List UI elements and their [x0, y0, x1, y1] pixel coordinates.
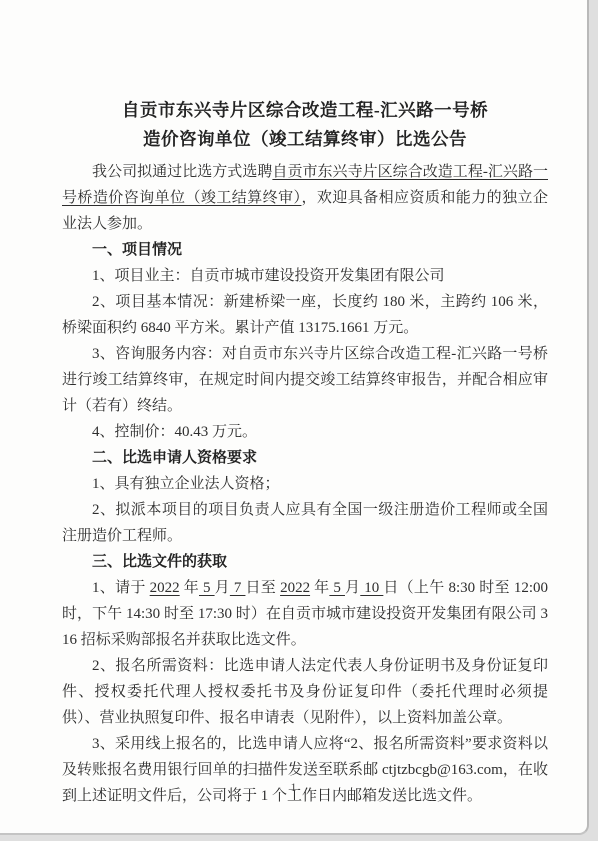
- document-body: 我公司拟通过比选方式选聘自贡市东兴寺片区综合改造工程-汇兴路一号桥造价咨询单位（…: [62, 159, 548, 809]
- text-run: 年: [310, 580, 329, 596]
- page-number: 1: [0, 780, 587, 795]
- paragraph: 1、项目业主：自贡市城市建设投资开发集团有限公司: [62, 263, 548, 289]
- text-run: 1、具有独立企业法人资格；: [92, 476, 280, 492]
- text-run: 我公司拟通过比选方式选聘: [92, 164, 272, 180]
- document-title-line-2: 造价咨询单位（竣工结算终审）比选公告: [62, 125, 548, 154]
- paragraph: 1、具有独立企业法人资格；: [62, 471, 548, 497]
- paragraph: 1、请于 2022 年 5 月 7 日至 2022 年 5 月 10 日（上午 …: [62, 575, 548, 653]
- scanned-document: 自贡市东兴寺片区综合改造工程-汇兴路一号桥 造价咨询单位（竣工结算终审）比选公告…: [0, 0, 598, 841]
- underlined-text: 7: [230, 580, 246, 596]
- text-run: 月: [345, 580, 360, 596]
- text-run: 日至: [245, 580, 280, 596]
- underlined-text: 2022: [280, 580, 310, 596]
- section-heading: 二、比选申请人资格要求: [62, 445, 548, 471]
- text-run: 1、项目业主：自贡市城市建设投资开发集团有限公司: [92, 268, 445, 284]
- section-heading: 三、比选文件的获取: [62, 549, 548, 575]
- text-run: 年: [180, 580, 199, 596]
- paragraph: 2、拟派本项目的项目负责人应具有全国一级注册造价工程师或全国注册造价工程师。: [62, 497, 548, 549]
- text-run: 2、拟派本项目的项目负责人应具有全国一级注册造价工程师或全国注册造价工程师。: [62, 502, 548, 544]
- text-run: 一、项目情况: [92, 242, 182, 258]
- text-run: 三、比选文件的获取: [92, 554, 227, 570]
- text-run: 4、控制价：40.43 万元。: [92, 424, 257, 440]
- text-run: 3、咨询服务内容：对自贡市东兴寺片区综合改造工程-汇兴路一号桥进行竣工结算终审，…: [62, 346, 548, 414]
- underlined-text: 2022: [150, 580, 180, 596]
- text-run: 二、比选申请人资格要求: [92, 450, 257, 466]
- paragraph: 4、控制价：40.43 万元。: [62, 419, 548, 445]
- section-heading: 一、项目情况: [62, 237, 548, 263]
- document-page: 自贡市东兴寺片区综合改造工程-汇兴路一号桥 造价咨询单位（竣工结算终审）比选公告…: [0, 0, 589, 835]
- paragraph: 2、报名所需资料：比选申请人法定代表人身份证明书及身份证复印件、授权委托代理人授…: [62, 653, 548, 731]
- text-run: 月: [215, 580, 230, 596]
- text-run: 2、项目基本情况：新建桥梁一座，长度约 180 米，主跨约 106 米，桥梁面积…: [62, 294, 548, 336]
- text-run: 1、请于: [92, 580, 150, 596]
- paragraph: 2、项目基本情况：新建桥梁一座，长度约 180 米，主跨约 106 米，桥梁面积…: [62, 289, 548, 341]
- paragraph: 我公司拟通过比选方式选聘自贡市东兴寺片区综合改造工程-汇兴路一号桥造价咨询单位（…: [62, 159, 548, 237]
- text-run: 2、报名所需资料：比选申请人法定代表人身份证明书及身份证复印件、授权委托代理人授…: [62, 658, 548, 726]
- underlined-text: 5: [329, 580, 345, 596]
- document-content: 自贡市东兴寺片区综合改造工程-汇兴路一号桥 造价咨询单位（竣工结算终审）比选公告…: [62, 96, 548, 809]
- paragraph: 3、采用线上报名的，比选申请人应将“2、报名所需资料”要求资料以及转账报名费用银…: [62, 731, 548, 809]
- paragraph: 3、咨询服务内容：对自贡市东兴寺片区综合改造工程-汇兴路一号桥进行竣工结算终审，…: [62, 341, 548, 419]
- underlined-text: 5: [199, 580, 215, 596]
- document-title-line-1: 自贡市东兴寺片区综合改造工程-汇兴路一号桥: [62, 96, 548, 125]
- underlined-text: 10: [360, 580, 383, 596]
